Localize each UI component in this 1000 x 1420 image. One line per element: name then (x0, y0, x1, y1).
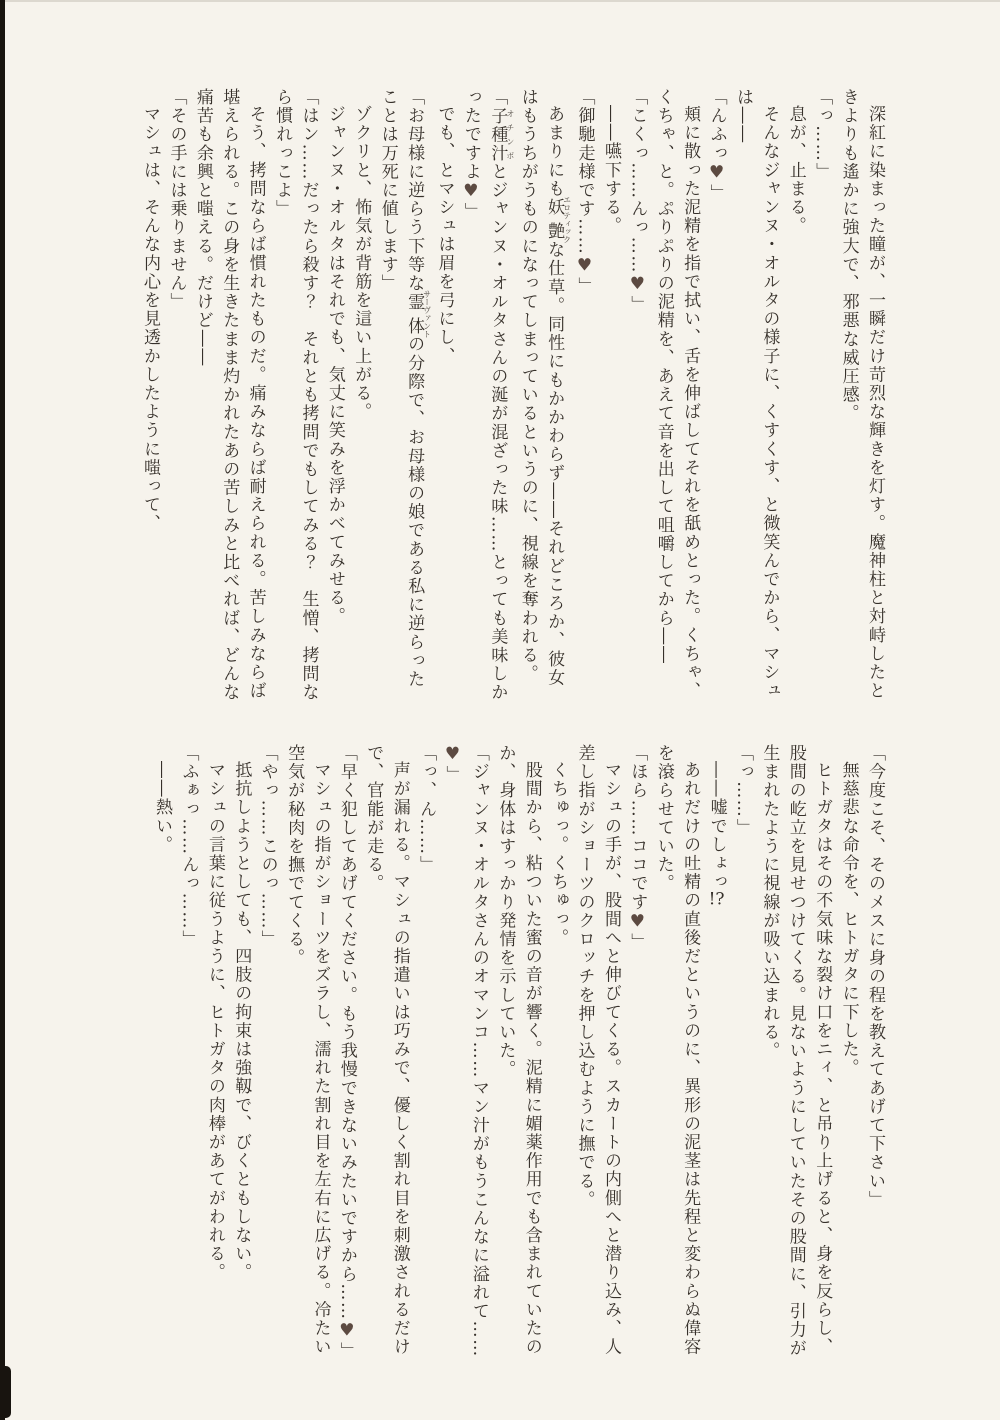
heart-symbol: ♥ (575, 255, 595, 277)
text-column-13: あまりにも妖艶エロティックな仕草。同性にもかかわらず――それどころか、彼女 (541, 88, 571, 728)
text-column-23: 空気が秘肉を撫でてくる。 (281, 744, 307, 1416)
text-column-21: ジャンヌ・オルタはそれでも、気丈に笑みを浮かべてみせる。 (321, 88, 347, 728)
text-column-12: 「御馳走様です……♥」 (571, 88, 597, 728)
heart-symbol: ♥ (443, 744, 463, 766)
scan-gutter-blob (0, 1366, 11, 1418)
text-column-6: 「っ……」 (730, 744, 756, 1416)
text-column-26: マシュの言葉に従うように、ヒトガタの肉棒があてがわれる。 (201, 744, 227, 1416)
text-column-15: 「子種汁オチンポとジャンヌ・オルタさんの涎が混ざった味……とっても美味しか (484, 88, 514, 728)
text-column-5: 生まれたように視線が吸い込まれる。 (756, 744, 782, 1416)
heart-symbol: ♥ (627, 274, 647, 296)
scan-gutter-edge (0, 0, 5, 1420)
text-column-18: 「っ、ん……」 (413, 744, 439, 1416)
text-column-16: 「ジャンヌ・オルタさんのオマンコ……マン汁がもうこんなに溢れて…… (466, 744, 492, 1416)
text-column-4: 股間の屹立を見せつけてくる。見ないようにしていたその股間に、引力が (782, 744, 808, 1416)
text-column-20: ゾクリと、怖気が背筋を這い上がる。 (348, 88, 374, 728)
text-column-20: で、官能が走る。 (360, 744, 386, 1416)
heart-symbol: ♥ (707, 162, 727, 184)
text-column-19: 声が漏れる。マシュの指遣いは巧みで、優しく割れ目を刺激されるだけ (386, 744, 412, 1416)
scanned-novel-page: { "page": { "kind": "japanese-vertical-n… (0, 0, 1000, 1420)
heart-symbol: ♥ (337, 1321, 357, 1343)
text-column-25: 抵抗しようとしても、四肢の拘束は強靱で、びくともしない。 (228, 744, 254, 1416)
text-column-5: そんなジャンヌ・オルタの様子に、くすくす、と微笑んでから、マシュ (756, 88, 782, 728)
text-column-9: くちゃ、と。ぷりぷりの泥精を、あえて音を出して咀嚼してから―― (650, 88, 676, 728)
text-column-14: はもうちがうものになってしまっているというのに、視線を奪われる。 (514, 88, 540, 728)
text-column-23: ら慣れっこよ」 (269, 88, 295, 728)
text-column-6: は―― (730, 88, 756, 728)
heart-symbol: ♥ (461, 181, 481, 203)
text-column-2: きよりも遙かに強大で、邪悪な威圧感。 (835, 88, 861, 728)
text-column-17: でも、とマシュは眉を弓にし、 (431, 88, 457, 728)
text-column-3: 「っ……」 (809, 88, 835, 728)
lower-text-block: 「今度こそ、そのメスに身の程を教えてあげて下さい」無慈悲な命令を、ヒトガタに下し… (149, 744, 888, 1416)
text-column-21: 「早く犯してあげてください。もう我慢できないみたいですから……♥」 (333, 744, 359, 1416)
text-column-2: 無慈悲な命令を、ヒトガタに下した。 (835, 744, 861, 1416)
text-column-11: ――嚥下する。 (598, 88, 624, 728)
text-column-10: 「こくっ……んっ……♥」 (624, 88, 650, 728)
text-column-7: ――嘘でしょっ!? (703, 744, 729, 1416)
text-column-9: を滾らせていた。 (650, 744, 676, 1416)
text-column-27: 「その手には乗りません」 (163, 88, 189, 728)
upper-text-block: 深紅に染まった瞳が、一瞬だけ苛烈な輝きを灯す。魔神柱と対峙したときよりも遙かに強… (137, 88, 888, 728)
text-column-14: 股間から、粘ついた蜜の音が響く。泥精に媚薬作用でも含まれていたの (518, 744, 544, 1416)
ruby-annotated-word: 霊体サーヴァント (404, 293, 424, 336)
text-column-27: 「ふぁっ……んっ……」 (175, 744, 201, 1416)
text-column-16: ったですよ♥」 (458, 88, 484, 728)
text-column-24: そう、拷問ならば慣れたものだ。痛みならば耐えられる。苦しみならば (242, 88, 268, 728)
text-column-24: 「やっ……このっ……」 (254, 744, 280, 1416)
text-column-4: 息が、止まる。 (782, 88, 808, 728)
text-column-17: ♥」 (439, 744, 465, 1416)
text-column-25: 堪えられる。この身を生きたまま灼かれたあの苦しみと比べれば、どんな (216, 88, 242, 728)
text-column-3: ヒトガタはその不気味な裂け口をニィ、と吊り上げると、身を反らし、 (809, 744, 835, 1416)
text-column-28: マシュは、そんな内心を見透かしたように嗤って、 (137, 88, 163, 728)
text-column-22: マシュの指がショーツをズラし、濡れた割れ目を左右に広げる。冷たい (307, 744, 333, 1416)
text-column-26: 痛苦も余興と嗤える。だけど―― (189, 88, 215, 728)
text-column-12: 差し指がショーツのクロッチを押し込むように撫でる。 (571, 744, 597, 1416)
tate-chu-yoko: !? (707, 891, 727, 908)
text-column-11: マシュの手が、股間へと伸びてくる。スカートの内側へと潜り込み、人 (598, 744, 624, 1416)
text-column-28: ――熱い。 (149, 744, 175, 1416)
text-column-10: 「ほら……ココです♥」 (624, 744, 650, 1416)
text-column-15: か、身体はすっかり発情を示していた。 (492, 744, 518, 1416)
ruby-annotated-word: 妖艶エロティック (544, 198, 564, 241)
text-column-1: 「今度こそ、そのメスに身の程を教えてあげて下さい」 (862, 744, 888, 1416)
text-column-7: 「んふっ♥」 (703, 88, 729, 728)
text-column-18: 「お母様に逆らう下等な霊体サーヴァントの分際で、お母様の娘である私に逆らった (401, 88, 431, 728)
text-column-1: 深紅に染まった瞳が、一瞬だけ苛烈な輝きを灯す。魔神柱と対峙したと (862, 88, 888, 728)
text-column-22: 「はン……だったら殺す？ それとも拷問でもしてみる？ 生憎、拷問な (295, 88, 321, 728)
text-column-8: あれだけの吐精の直後だというのに、異形の泥茎は先程と変わらぬ偉容 (677, 744, 703, 1416)
text-column-13: くちゅっ。くちゅっ。 (545, 744, 571, 1416)
ruby-annotated-word: 子種汁オチンポ (487, 107, 507, 163)
text-column-19: ことは万死に値します」 (374, 88, 400, 728)
text-column-8: 頬に散った泥精を指で拭い、舌を伸ばしてそれを舐めとった。くちゃ、 (677, 88, 703, 728)
heart-symbol: ♥ (627, 911, 647, 933)
scan-top-edge (0, 0, 1000, 2)
